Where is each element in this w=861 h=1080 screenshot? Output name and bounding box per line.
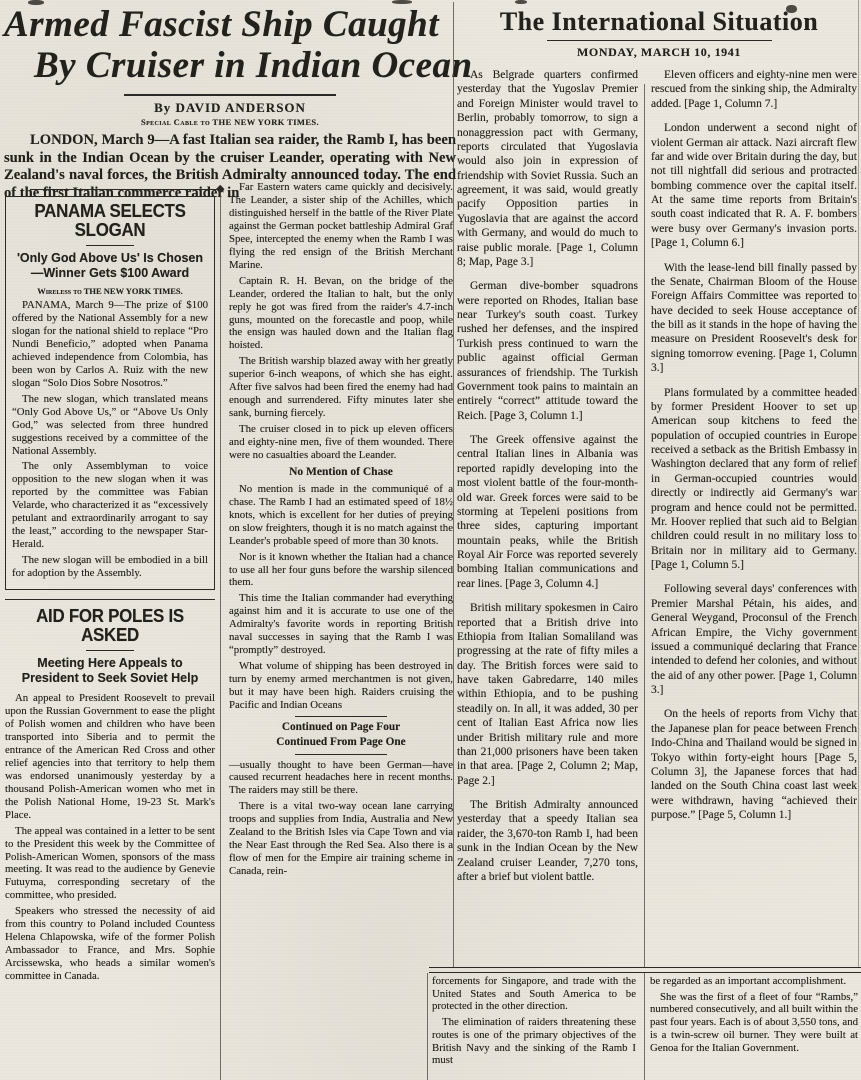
main-headline: Armed Fascist Ship Caught By Cruiser in … — [4, 4, 456, 87]
paragraph: Captain R. H. Bevan, on the bridge of th… — [229, 275, 453, 353]
paragraph: forcements for Singapore, and trade with… — [432, 975, 636, 1013]
paragraph: She was the first of a fleet of four “Ra… — [650, 991, 858, 1055]
paragraph: Following several days' conferences with… — [651, 582, 857, 697]
paragraph: With the lease-lend bill finally passed … — [651, 261, 857, 376]
paragraph: What volume of shipping has been destroy… — [229, 660, 453, 712]
paragraph: The appeal was contained in a letter to … — [5, 825, 215, 903]
continued-from-line: Continued From Page One — [229, 735, 453, 750]
international-dateline: MONDAY, MARCH 10, 1941 — [457, 45, 861, 60]
paragraph: This time the Italian commander had ever… — [229, 592, 453, 657]
bottom-continuation-right: be regarded as an important accomplishme… — [650, 975, 858, 1078]
paragraph: As Belgrade quarters confirmed yesterday… — [457, 68, 638, 269]
newspaper-page: Armed Fascist Ship Caught By Cruiser in … — [0, 0, 861, 1080]
byline: By DAVID ANDERSON — [4, 100, 456, 116]
divider-rule — [547, 40, 772, 41]
paragraph: Nor is it known whether the Italian had … — [229, 551, 453, 590]
paragraph: An appeal to President Roosevelt to prev… — [5, 692, 215, 822]
international-situation-section: The International Situation MONDAY, MARC… — [457, 0, 861, 971]
paragraph: German dive-bomber squadrons were report… — [457, 279, 638, 423]
paragraph: Eleven officers and eighty-nine men were… — [651, 68, 857, 111]
paragraph: The British warship blazed away with her… — [229, 355, 453, 420]
divider-rule — [86, 650, 134, 651]
panama-headline: PANAMA SELECTS SLOGAN — [18, 202, 202, 240]
paragraph: British military spokesmen in Cairo repo… — [457, 601, 638, 788]
double-rule — [429, 967, 861, 973]
paragraph: There is a vital two-way ocean lane carr… — [229, 800, 453, 878]
column-rule — [453, 2, 454, 967]
left-column: PANAMA SELECTS SLOGAN 'Only God Above Us… — [5, 196, 215, 986]
international-column1: As Belgrade quarters confirmed yesterday… — [457, 68, 643, 894]
paragraph: The Greek offensive against the central … — [457, 433, 638, 591]
paragraph: Speakers who stressed the necessity of a… — [5, 905, 215, 983]
paragraph: No mention is made in the communiqué of … — [229, 483, 453, 548]
continued-on-line: Continued on Page Four — [229, 720, 453, 735]
paragraph: be regarded as an important accomplishme… — [650, 975, 858, 988]
paragraph: The new slogan will be embodied in a bil… — [12, 554, 208, 580]
continued-block: Continued on Page Four Continued From Pa… — [229, 716, 453, 755]
continuation-rule: ◆ — [30, 189, 220, 190]
column-rule — [427, 973, 428, 1080]
paragraph: —usually thought to have been German—hav… — [229, 759, 453, 798]
paragraph: The British Admiralty announced yesterda… — [457, 798, 638, 884]
panama-article: PANAMA SELECTS SLOGAN 'Only God Above Us… — [5, 196, 215, 590]
wire-credit: Wireless to THE NEW YORK TIMES. — [12, 286, 208, 296]
paragraph: Plans formulated by a committee headed b… — [651, 386, 857, 573]
divider-rule — [295, 754, 387, 755]
paragraph: Far Eastern waters came quickly and deci… — [229, 181, 453, 272]
panama-subhead: 'Only God Above Us' Is Chosen —Winner Ge… — [16, 251, 204, 282]
paragraph: The elimination of raiders threatening t… — [432, 1016, 636, 1067]
page-edge-rule — [858, 0, 859, 967]
poles-headline: AID FOR POLES IS ASKED — [11, 607, 208, 645]
headline-line1: Armed Fascist Ship Caught — [4, 4, 439, 45]
paragraph: The cruiser closed in to pick up eleven … — [229, 423, 453, 462]
poles-article: AID FOR POLES IS ASKED Meeting Here Appe… — [5, 599, 215, 983]
paragraph: The new slogan, which translated means “… — [12, 393, 208, 458]
paragraph: PANAMA, March 9—The prize of $100 offere… — [12, 299, 208, 390]
international-title: The International Situation — [457, 7, 861, 37]
poles-subhead: Meeting Here Appeals to President to See… — [9, 656, 211, 687]
international-column2: Eleven officers and eighty-nine men were… — [643, 68, 857, 894]
column-rule — [220, 192, 221, 1080]
paragraph: London underwent a second night of viole… — [651, 121, 857, 250]
paragraph: On the heels of reports from Vichy that … — [651, 707, 857, 822]
divider-rule — [295, 716, 387, 717]
divider-rule — [86, 245, 134, 246]
main-article-column2: Far Eastern waters came quickly and deci… — [229, 181, 453, 881]
bottom-continuation-left: forcements for Singapore, and trade with… — [432, 975, 636, 1078]
column-rule — [644, 973, 645, 1080]
paragraph: The only Assemblyman to voice opposition… — [12, 460, 208, 551]
headline-line2: By Cruiser in Indian Ocean — [4, 45, 456, 86]
headline-rule — [124, 94, 336, 96]
column-rule — [644, 84, 645, 967]
cable-credit: Special Cable to THE NEW YORK TIMES. — [4, 117, 456, 127]
section-subhead: No Mention of Chase — [229, 466, 453, 480]
